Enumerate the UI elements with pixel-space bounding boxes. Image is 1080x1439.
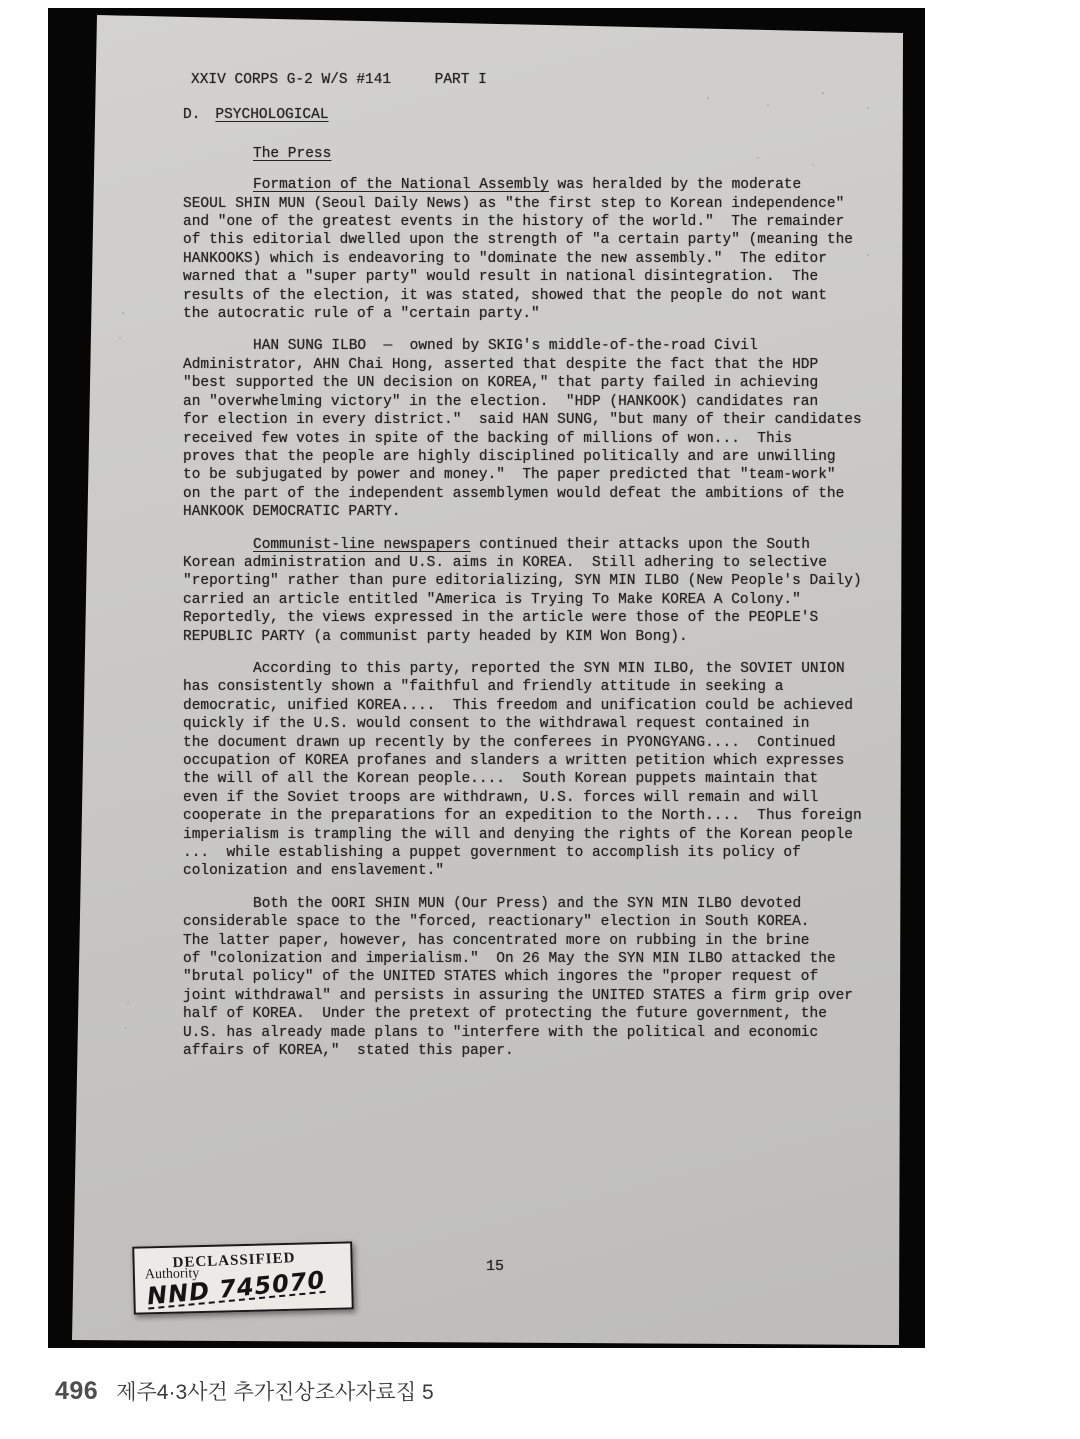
document-paragraph: According to this party, reported the SY… xyxy=(183,660,888,881)
section-heading: D.PSYCHOLOGICAL xyxy=(183,106,888,124)
paragraph-text: Both the OORI SHIN MUN (Our Press) and t… xyxy=(183,896,853,1059)
document-paragraph: HAN SUNG ILBO — owned by SKIG's middle-o… xyxy=(183,337,888,521)
book-footer: 496 제주4·3사건 추가진상조사자료집 5 xyxy=(0,1348,1080,1439)
document-body: XXIV CORPS G-2 W/S #141 PART I D.PSYCHOL… xyxy=(183,71,888,1075)
scan-background: XXIV CORPS G-2 W/S #141 PART I D.PSYCHOL… xyxy=(48,8,925,1349)
declassified-stamp: DECLASSIFIED AuthorityNND 745070 xyxy=(132,1241,354,1314)
section-label: D. xyxy=(183,107,200,123)
paragraph-text: According to this party, reported the SY… xyxy=(183,661,862,879)
footer-caption-row: 496 제주4·3사건 추가진상조사자료집 5 xyxy=(55,1376,1080,1406)
typed-page-number: 15 xyxy=(486,1258,504,1275)
document-paper: XXIV CORPS G-2 W/S #141 PART I D.PSYCHOL… xyxy=(68,13,928,1349)
subsection-heading: The Press xyxy=(253,145,888,163)
paragraph-lead: Communist-line newspapers xyxy=(253,537,471,553)
book-page-number: 496 xyxy=(55,1377,98,1406)
subsection-title: The Press xyxy=(253,146,331,162)
document-paragraph: Communist-line newspapers continued thei… xyxy=(183,536,888,646)
document-paragraph: Formation of the National Assembly was h… xyxy=(183,176,888,323)
section-title: PSYCHOLOGICAL xyxy=(215,107,328,123)
paragraph-text: was heralded by the moderate SEOUL SHIN … xyxy=(183,177,853,322)
book-caption: 제주4·3사건 추가진상조사자료집 5 xyxy=(116,1376,433,1406)
paragraph-lead: Formation of the National Assembly xyxy=(253,177,549,193)
paragraph-text: HAN SUNG ILBO — owned by SKIG's middle-o… xyxy=(183,338,862,520)
document-header: XXIV CORPS G-2 W/S #141 PART I xyxy=(191,71,888,89)
document-paragraph: Both the OORI SHIN MUN (Our Press) and t… xyxy=(183,895,888,1061)
